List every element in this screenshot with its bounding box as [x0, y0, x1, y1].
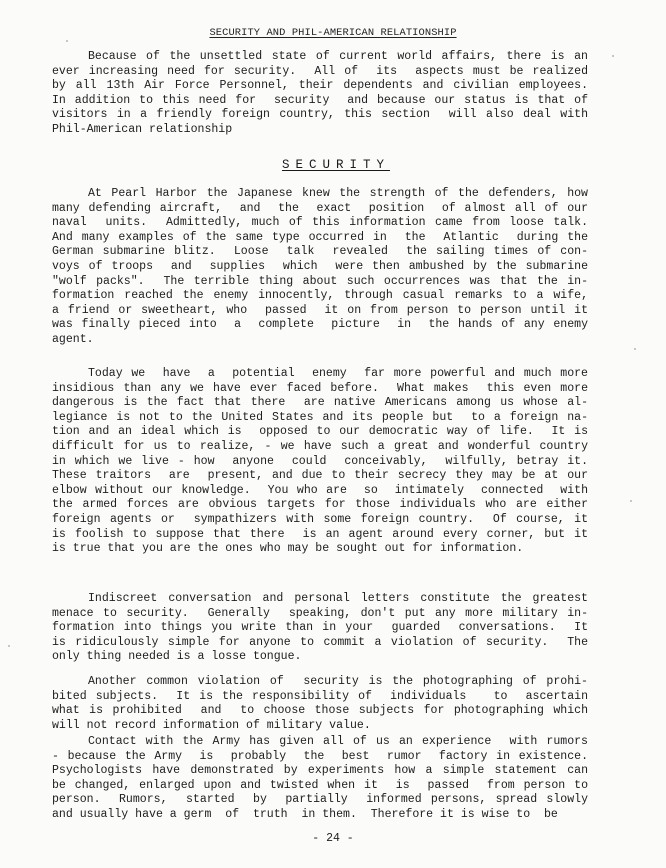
text-line: only thing needed is a losse tongue. [52, 650, 588, 665]
text-line: - because the Army is probably the best … [52, 750, 588, 765]
text-line: These traitors are present, and due to t… [52, 469, 588, 484]
intro-paragraph: Because of the unsettled state of curren… [52, 50, 588, 138]
page-title: SECURITY AND PHIL-AMERICAN RELATIONSHIP [0, 27, 666, 39]
text-line: naval units. Admittedly, much of this in… [52, 216, 588, 231]
text-line: German submarine blitz. Loose talk revea… [52, 245, 588, 260]
text-line: bited subjects. It is the responsibility… [52, 690, 588, 705]
pearl-harbor-paragraph: At Pearl Harbor the Japanese knew the st… [52, 187, 588, 348]
text-line: is foolish to suppose that there is an a… [52, 528, 588, 543]
text-line: formation into things you write than in … [52, 621, 588, 636]
text-line: Today we have a potential enemy far more… [52, 367, 588, 382]
potential-enemy-paragraph: Today we have a potential enemy far more… [52, 367, 588, 557]
text-line: voys of troops and supplies which were t… [52, 260, 588, 275]
text-line: And many examples of the same type occur… [52, 231, 588, 246]
text-line: dangerous is the fact that there are nat… [52, 396, 588, 411]
text-line: difficult for us to realize, - we have s… [52, 440, 588, 455]
text-line: insidious than any we have ever faced be… [52, 382, 588, 397]
page-number: - 24 - [0, 832, 666, 845]
text-line: elbow without our knowledge. You who are… [52, 484, 588, 499]
scan-speck [66, 40, 68, 42]
text-line: At Pearl Harbor the Japanese knew the st… [52, 187, 588, 202]
text-line: Because of the unsettled state of curren… [52, 50, 588, 65]
text-line: tion and an ideal which is opposed to ou… [52, 425, 588, 440]
text-line: in which we live - how anyone could conc… [52, 455, 588, 470]
text-line: visitors in a friendly foreign country, … [52, 108, 588, 123]
scan-speck [630, 500, 632, 502]
rumors-paragraph: Contact with the Army has given all of u… [52, 735, 588, 823]
section-heading-security: SECURITY [0, 158, 666, 172]
scan-speck [8, 645, 10, 647]
text-line: foreign agents or sympathizers with some… [52, 513, 588, 528]
text-line: be changed, enlarged upon and twisted wh… [52, 779, 588, 794]
text-line: Phil-American relationship [52, 123, 588, 138]
indiscreet-conversation-paragraph: Indiscreet conversation and personal let… [52, 592, 588, 665]
text-line: menace to security. Generally speaking, … [52, 607, 588, 622]
text-line: was finally pieced into a complete pictu… [52, 318, 588, 333]
text-line: Contact with the Army has given all of u… [52, 735, 588, 750]
text-line: many defending aircraft, and the exact p… [52, 202, 588, 217]
text-line: person. Rumors, started by partially inf… [52, 793, 588, 808]
text-line: agent. [52, 333, 588, 348]
text-line: and usually have a germ of truth in them… [52, 808, 588, 823]
text-line: formation reached the enemy innocently, … [52, 289, 588, 304]
scan-speck [634, 348, 636, 350]
text-line: a friend or sweetheart, who passed it on… [52, 304, 588, 319]
text-line: Psychologists have demonstrated by exper… [52, 764, 588, 779]
text-line: "wolf packs". The terrible thing about s… [52, 275, 588, 290]
text-line: ever increasing need for security. All o… [52, 65, 588, 80]
text-line: is true that you are the ones who may be… [52, 542, 588, 557]
text-line: Another common violation of security is … [52, 675, 588, 690]
text-line: the armed forces are obvious targets for… [52, 498, 588, 513]
scan-speck [612, 55, 614, 57]
text-line: Indiscreet conversation and personal let… [52, 592, 588, 607]
text-line: what is prohibited and to choose those s… [52, 704, 588, 719]
document-page: SECURITY AND PHIL-AMERICAN RELATIONSHIP … [0, 0, 666, 868]
text-line: will not record information of military … [52, 719, 588, 734]
text-line: by all 13th Air Force Personnel, their d… [52, 79, 588, 94]
text-line: In addition to this need for security an… [52, 94, 588, 109]
text-line: is ridiculously simple for anyone to com… [52, 636, 588, 651]
photographing-paragraph: Another common violation of security is … [52, 675, 588, 733]
text-line: legiance is not to the United States and… [52, 411, 588, 426]
